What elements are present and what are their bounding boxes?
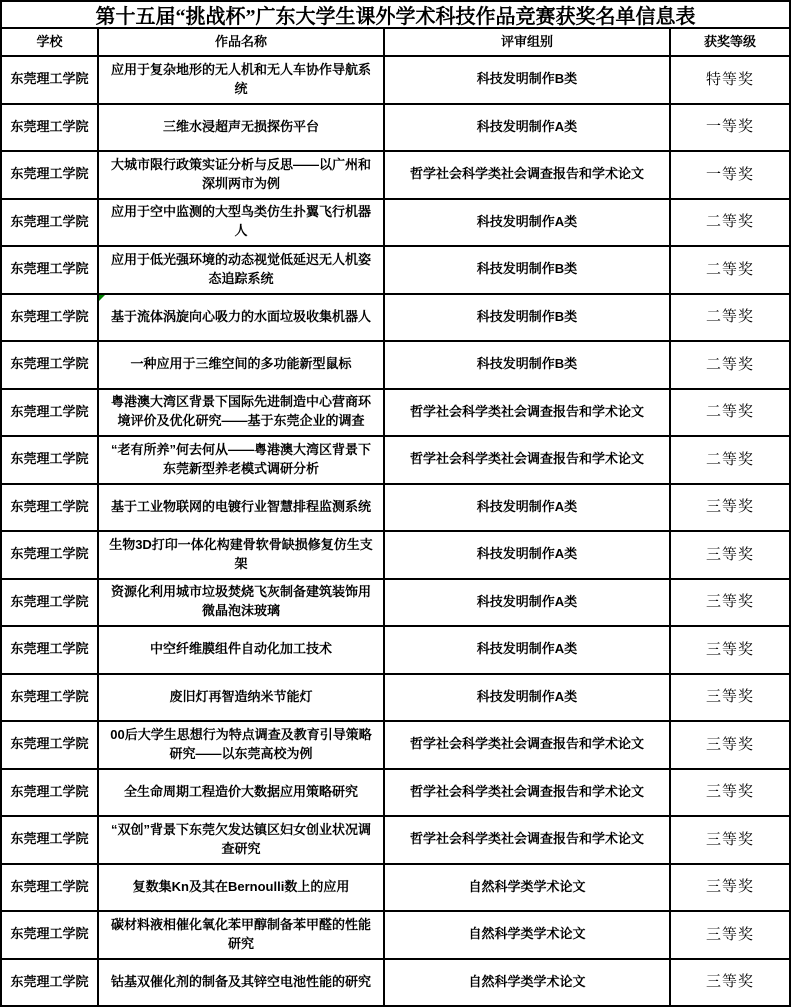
cell-award-level: 三等奖 [671,770,789,816]
cell-award-level: 三等奖 [671,817,789,863]
cell-award-level: 二等奖 [671,295,789,341]
cell-review-group: 科技发明制作B类 [385,57,669,103]
cell-work-title: 钴基双催化剂的制备及其锌空电池性能的研究 [99,960,383,1006]
cell-review-group: 科技发明制作A类 [385,105,669,151]
cell-work-title: 00后大学生思想行为特点调查及教育引导策略研究——以东莞高校为例 [99,722,383,768]
cell-review-group: 哲学社会科学类社会调查报告和学术论文 [385,817,669,863]
cell-school: 东莞理工学院 [2,57,97,103]
cell-review-group: 科技发明制作B类 [385,342,669,388]
award-table-sheet: 第十五届“挑战杯”广东大学生课外学术科技作品竞赛获奖名单信息表 学校作品名称评审… [0,0,791,1007]
cell-work-title: 中空纤维膜组件自动化加工技术 [99,627,383,673]
cell-award-level: 三等奖 [671,912,789,958]
cell-award-level: 三等奖 [671,485,789,531]
cell-award-level: 一等奖 [671,105,789,151]
cell-review-group: 哲学社会科学类社会调查报告和学术论文 [385,390,669,436]
cell-work-title: 废旧灯再智造纳米节能灯 [99,675,383,721]
cell-school: 东莞理工学院 [2,532,97,578]
cell-school: 东莞理工学院 [2,722,97,768]
column-header-award-level: 获奖等级 [671,29,789,55]
cell-school: 东莞理工学院 [2,770,97,816]
comment-marker-triangle-icon [99,295,105,301]
cell-review-group: 哲学社会科学类社会调查报告和学术论文 [385,722,669,768]
cell-review-group: 科技发明制作B类 [385,295,669,341]
column-header-review-group: 评审组别 [385,29,669,55]
cell-school: 东莞理工学院 [2,247,97,293]
cell-work-title: 应用于低光强环境的动态视觉低延迟无人机姿态追踪系统 [99,247,383,293]
cell-school: 东莞理工学院 [2,865,97,911]
cell-work-title: “双创”背景下东莞欠发达镇区妇女创业状况调查研究 [99,817,383,863]
cell-review-group: 科技发明制作A类 [385,532,669,578]
cell-work-title: 复数集Kn及其在Bernoulli数上的应用 [99,865,383,911]
cell-award-level: 二等奖 [671,437,789,483]
cell-school: 东莞理工学院 [2,295,97,341]
cell-award-level: 二等奖 [671,342,789,388]
cell-award-level: 二等奖 [671,390,789,436]
cell-review-group: 哲学社会科学类社会调查报告和学术论文 [385,437,669,483]
cell-work-title: 大城市限行政策实证分析与反思——以广州和深圳两市为例 [99,152,383,198]
cell-work-title: 生物3D打印一体化构建骨软骨缺损修复仿生支架 [99,532,383,578]
cell-award-level: 三等奖 [671,865,789,911]
cell-work-title: 三维水浸超声无损探伤平台 [99,105,383,151]
award-grid: 学校作品名称评审组别获奖等级东莞理工学院应用于复杂地形的无人机和无人车协作导航系… [2,29,789,1005]
cell-award-level: 三等奖 [671,580,789,626]
cell-work-title: 全生命周期工程造价大数据应用策略研究 [99,770,383,816]
cell-award-level: 三等奖 [671,532,789,578]
cell-school: 东莞理工学院 [2,390,97,436]
cell-award-level: 三等奖 [671,960,789,1006]
cell-work-title: 基于工业物联网的电镀行业智慧排程监测系统 [99,485,383,531]
cell-review-group: 科技发明制作A类 [385,627,669,673]
cell-school: 东莞理工学院 [2,152,97,198]
cell-review-group: 科技发明制作A类 [385,675,669,721]
cell-award-level: 三等奖 [671,675,789,721]
cell-work-title: 一种应用于三维空间的多功能新型鼠标 [99,342,383,388]
cell-school: 东莞理工学院 [2,342,97,388]
cell-award-level: 二等奖 [671,200,789,246]
cell-work-title: 应用于复杂地形的无人机和无人车协作导航系统 [99,57,383,103]
cell-school: 东莞理工学院 [2,105,97,151]
cell-review-group: 自然科学类学术论文 [385,865,669,911]
cell-work-title: 资源化利用城市垃圾焚烧飞灰制备建筑装饰用微晶泡沫玻璃 [99,580,383,626]
cell-award-level: 二等奖 [671,247,789,293]
cell-award-level: 特等奖 [671,57,789,103]
cell-school: 东莞理工学院 [2,437,97,483]
cell-review-group: 科技发明制作A类 [385,580,669,626]
cell-review-group: 自然科学类学术论文 [385,960,669,1006]
cell-school: 东莞理工学院 [2,485,97,531]
cell-school: 东莞理工学院 [2,200,97,246]
cell-school: 东莞理工学院 [2,817,97,863]
cell-school: 东莞理工学院 [2,627,97,673]
cell-review-group: 自然科学类学术论文 [385,912,669,958]
cell-work-title: 基于流体涡旋向心吸力的水面垃圾收集机器人 [99,295,383,341]
page-title: 第十五届“挑战杯”广东大学生课外学术科技作品竞赛获奖名单信息表 [2,2,789,29]
cell-award-level: 三等奖 [671,722,789,768]
cell-award-level: 三等奖 [671,627,789,673]
cell-school: 东莞理工学院 [2,675,97,721]
cell-review-group: 哲学社会科学类社会调查报告和学术论文 [385,770,669,816]
cell-school: 东莞理工学院 [2,960,97,1006]
cell-review-group: 科技发明制作A类 [385,485,669,531]
cell-review-group: 哲学社会科学类社会调查报告和学术论文 [385,152,669,198]
cell-school: 东莞理工学院 [2,580,97,626]
cell-work-title: 碳材料液相催化氧化苯甲醇制备苯甲醛的性能研究 [99,912,383,958]
cell-work-title: “老有所养”何去何从——粤港澳大湾区背景下东莞新型养老模式调研分析 [99,437,383,483]
cell-school: 东莞理工学院 [2,912,97,958]
column-header-school: 学校 [2,29,97,55]
cell-work-title: 粤港澳大湾区背景下国际先进制造中心营商环境评价及优化研究——基于东莞企业的调查 [99,390,383,436]
cell-review-group: 科技发明制作A类 [385,200,669,246]
cell-award-level: 一等奖 [671,152,789,198]
cell-work-title: 应用于空中监测的大型鸟类仿生扑翼飞行机器人 [99,200,383,246]
cell-review-group: 科技发明制作B类 [385,247,669,293]
column-header-work-title: 作品名称 [99,29,383,55]
